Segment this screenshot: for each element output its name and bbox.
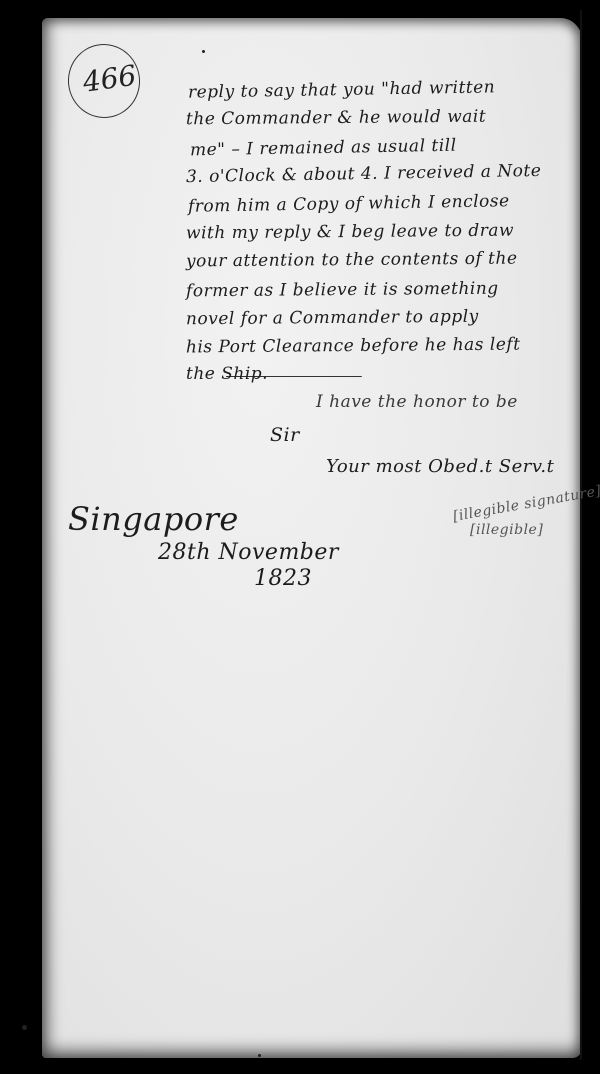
ink-speck xyxy=(202,50,205,53)
body-line-11: the Ship. xyxy=(186,364,268,384)
place-name: Singapore xyxy=(68,500,239,538)
body-line-6: with my reply & I beg leave to draw xyxy=(186,221,514,244)
date-year: 1823 xyxy=(254,566,312,591)
folio-number: 466 xyxy=(81,59,139,99)
body-line-9: novel for a Commander to apply xyxy=(186,307,479,330)
body-line-2: the Commander & he would wait xyxy=(186,107,486,130)
signature-subline: [illegible] xyxy=(470,522,543,538)
date-day-month: 28th November xyxy=(158,540,339,565)
salutation: Sir xyxy=(270,424,300,446)
ink-speck xyxy=(22,1025,27,1030)
closing-line-2: Your most Obed.t Serv.t xyxy=(326,456,554,477)
body-line-8: former as I believe it is something xyxy=(186,279,499,302)
closing-line-1: I have the honor to be xyxy=(316,392,518,412)
ink-speck xyxy=(258,1054,261,1057)
page-edge xyxy=(580,10,582,1060)
body-line-10: his Port Clearance before he has left xyxy=(186,335,521,358)
body-line-7: your attention to the contents of the xyxy=(186,249,518,272)
